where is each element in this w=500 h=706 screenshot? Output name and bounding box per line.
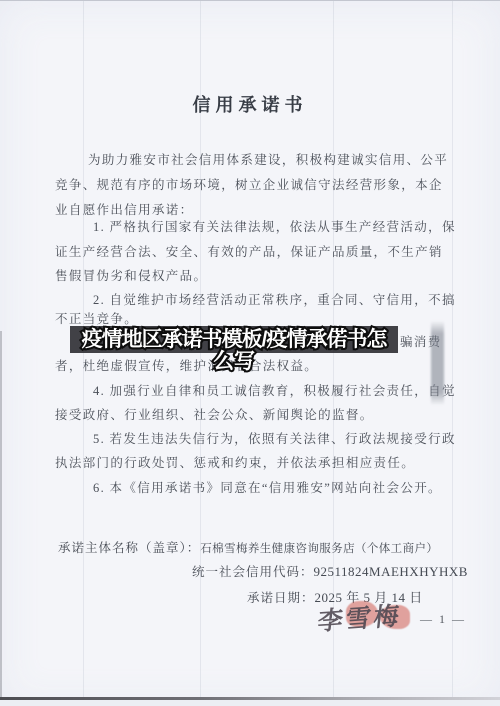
credit-code-label: 统一社会信用代码： xyxy=(192,565,314,579)
overlay-caption-line2: 么写 xyxy=(70,350,398,374)
scan-edge-bottom-light xyxy=(0,700,500,706)
credit-code-line: 统一社会信用代码：92511824MAEHXHYHXB xyxy=(192,562,468,581)
document-title: 信用承诺书 xyxy=(0,91,500,117)
subject-value: 石棉雪梅养生健康咨询服务店（个体工商户） xyxy=(200,543,438,555)
date-label: 承诺日期： xyxy=(247,591,315,605)
document-line: 业自愿作出信用承诺： xyxy=(55,200,194,218)
document-line: 4. 加强行业自律和员工诚信教育，积极履行社会责任，自觉 xyxy=(93,381,456,399)
signature-text: 李雪梅 xyxy=(316,596,404,638)
document-line: 6. 本《信用承诺书》同意在“信用雅安”网站向社会公开。 xyxy=(93,478,442,496)
document-line: 不正当竞争。 xyxy=(55,309,138,327)
subject-label: 承诺主体名称（盖章）： xyxy=(58,541,200,555)
subject-line: 承诺主体名称（盖章）：石棉雪梅养生健康咨询服务店（个体工商户） xyxy=(58,538,438,557)
document-line: 5. 若发生违法失信行为，依照有关法律、行政法规接受行政 xyxy=(93,429,456,447)
signature: 李雪梅 xyxy=(318,599,428,637)
credit-code-value: 92511824MAEHXHYHXB xyxy=(314,564,468,579)
document-line: 竞争、规范有序的市场环境，树立企业诚信守法经营形象，本企 xyxy=(55,175,443,193)
scan-edge-bottom xyxy=(0,697,500,700)
overlay-caption-bar: 疫情地区承诺书模板/疫情承偌书怎 xyxy=(70,326,398,353)
document-line: 执法部门的行政处罚、惩戒和约束，并依法承担相应责任。 xyxy=(55,453,415,471)
scan-shadow-right xyxy=(431,321,444,405)
document-line: 为助力雅安市社会信用体系建设，积极构建诚实信用、公平 xyxy=(88,150,448,168)
document-line: 证生产经营合法、安全、有效的产品，保证产品质量，不生产销 xyxy=(55,242,443,260)
overlay-caption-line1: 疫情地区承诺书模板/疫情承偌书怎 xyxy=(70,327,398,352)
scanned-document-page: 信用承诺书 为助力雅安市社会信用体系建设，积极构建诚实信用、公平竞争、规范有序的… xyxy=(0,0,500,706)
document-line: 售假冒伪劣和侵权产品。 xyxy=(55,266,207,284)
scan-edge-left xyxy=(0,331,2,699)
document-line: 2. 自觉维护市场经营活动正常秩序，重合同、守信用，不搞 xyxy=(93,290,456,308)
document-line: 接受政府、行业组织、社会公众、新闻舆论的监督。 xyxy=(55,405,374,423)
document-line: 1. 严格执行国家有关法律法规，依法从事生产经营活动，保 xyxy=(93,217,456,235)
